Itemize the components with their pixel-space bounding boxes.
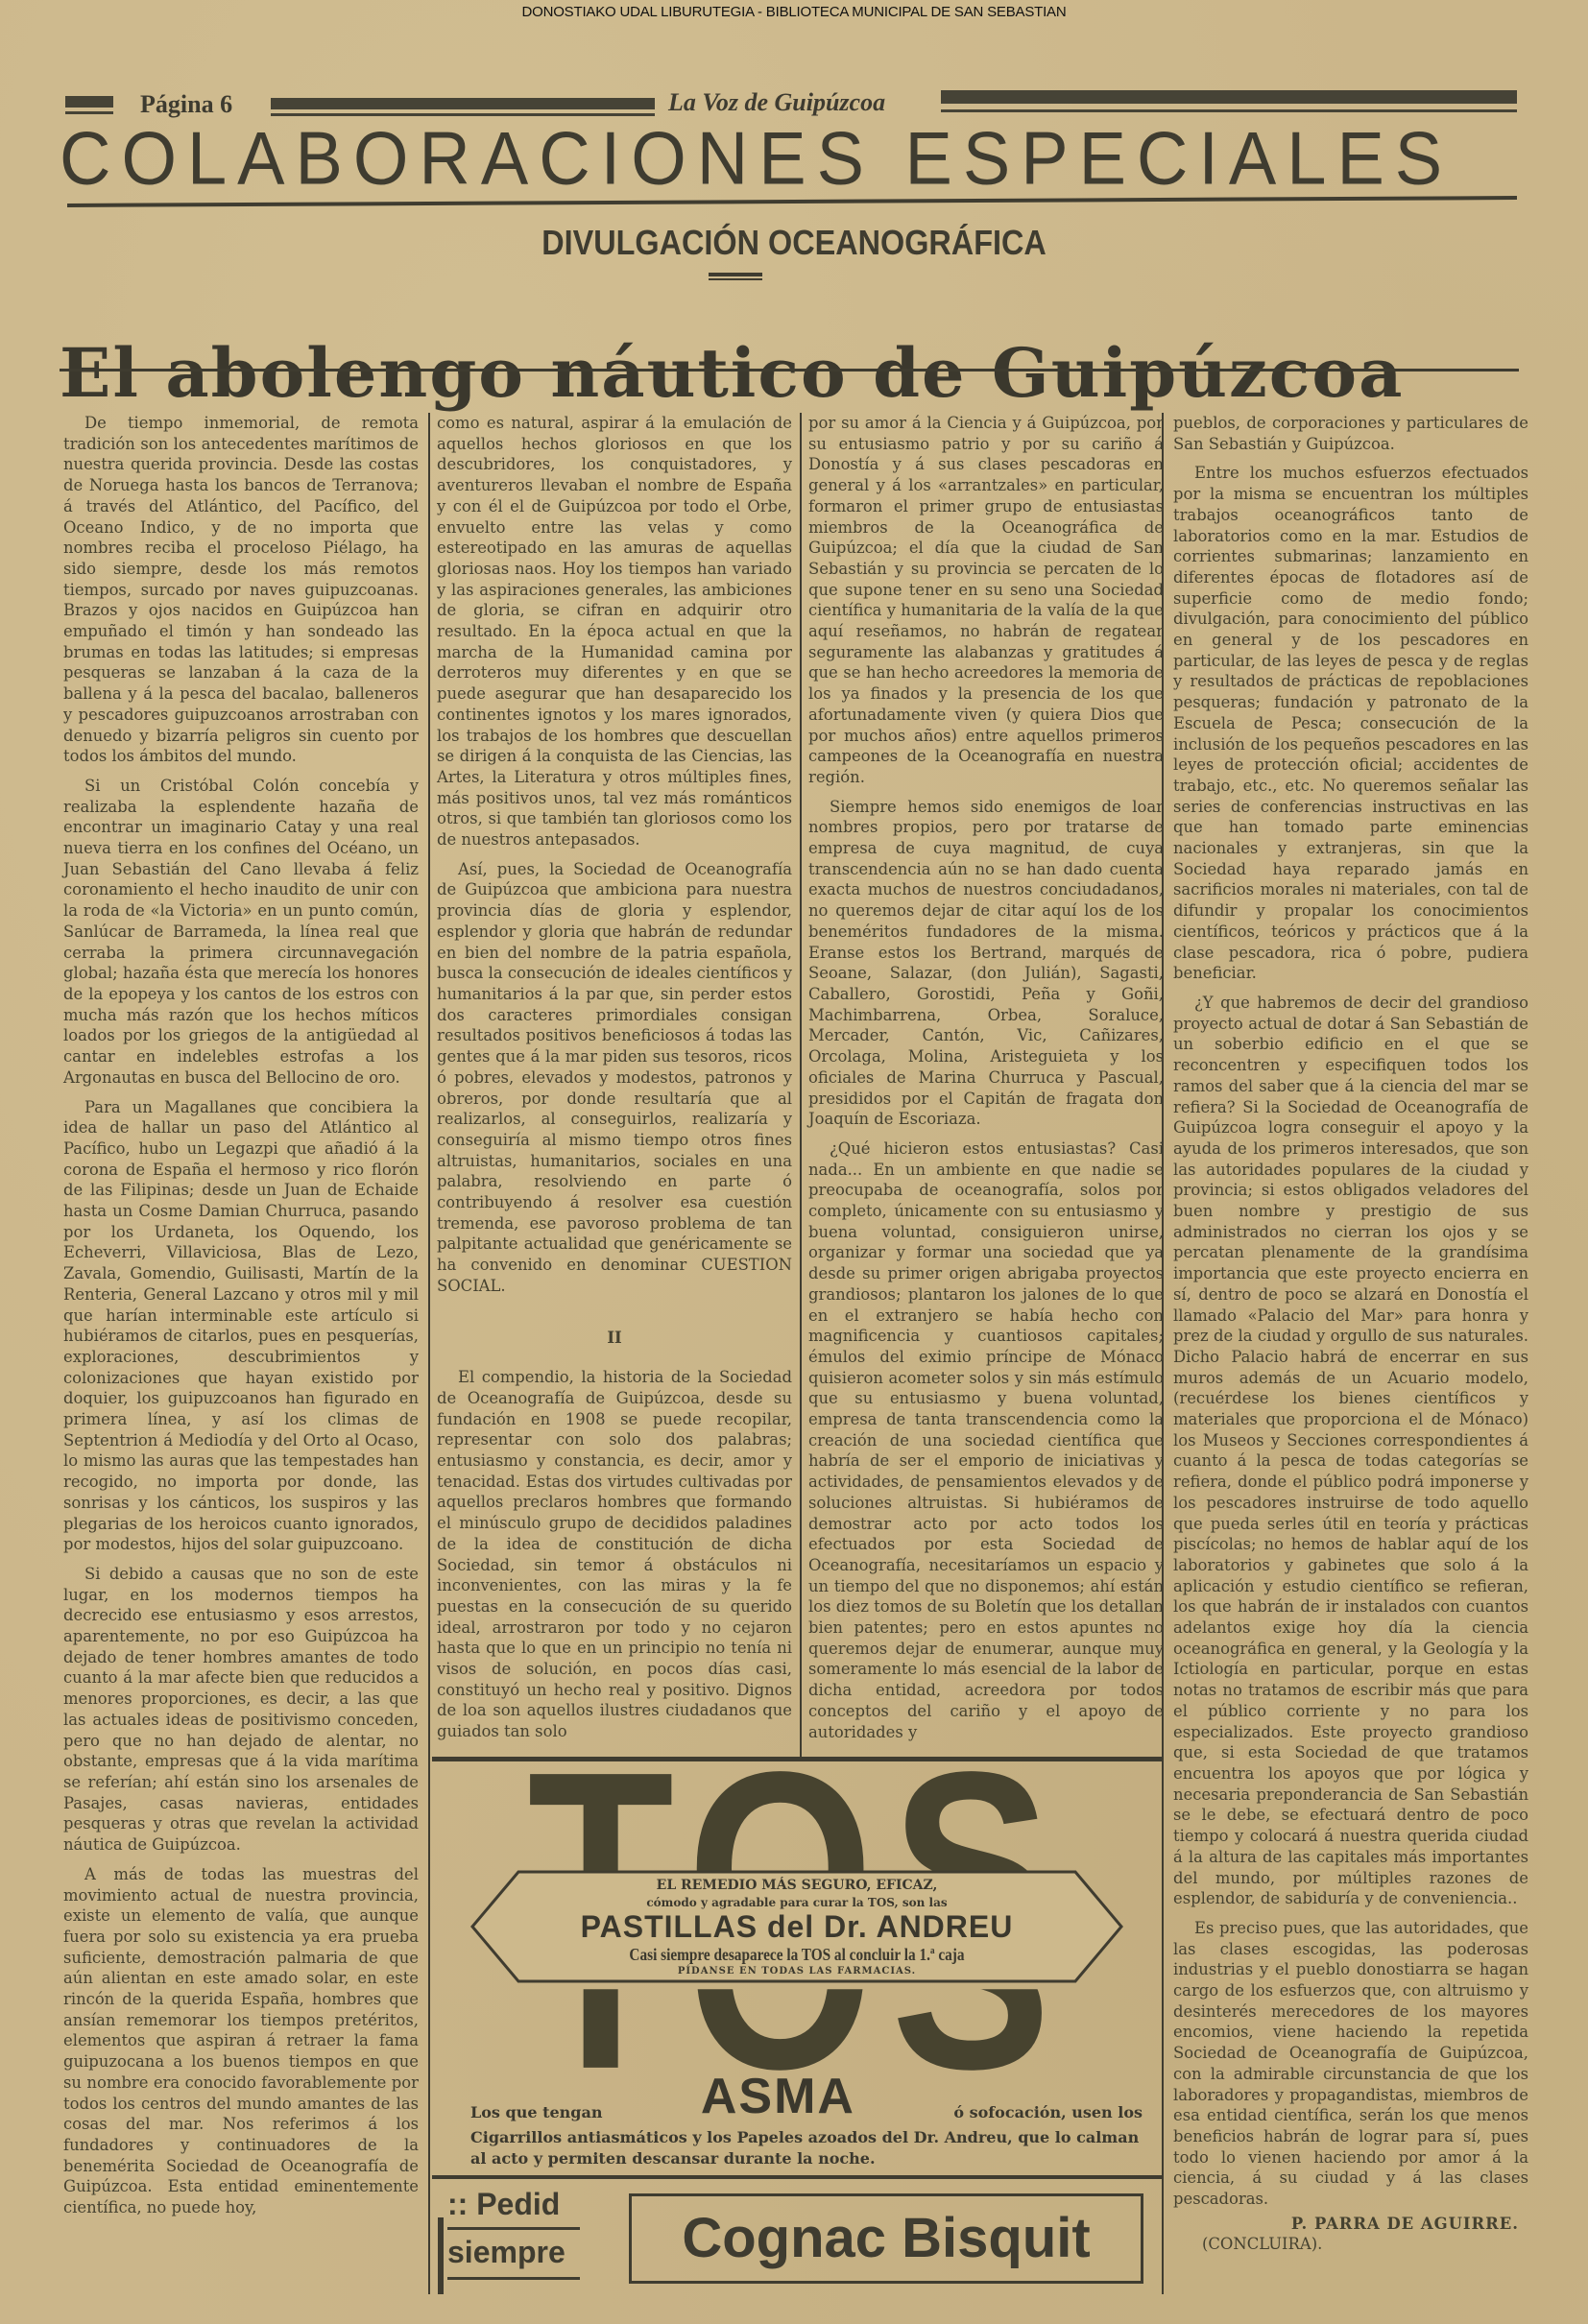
article-column-3: por su amor á la Ciencia y á Guipúzcoa, … bbox=[808, 413, 1164, 1742]
author-signature: P. PARRA DE AGUIRRE. bbox=[1173, 2214, 1528, 2235]
cognac-line-2: siempre bbox=[447, 2235, 565, 2270]
paragraph: pueblos, de corporaciones y particulares… bbox=[1173, 413, 1528, 454]
column-divider-1 bbox=[428, 413, 430, 2294]
header-bar-left bbox=[65, 96, 113, 108]
paragraph: ¿Y que habremos de decir del grandioso p… bbox=[1173, 993, 1528, 1909]
asma-word: ASMA bbox=[701, 2072, 855, 2121]
cognac-line-1: :: Pedid bbox=[447, 2187, 560, 2222]
paragraph: Así, pues, la Sociedad de Oceanografía d… bbox=[437, 859, 792, 1297]
paragraph: por su amor á la Ciencia y á Guipúzcoa, … bbox=[808, 413, 1164, 788]
continues-note: (CONCLUIRA). bbox=[1173, 2234, 1528, 2255]
ad-line-2: cómodo y agradable para curar la TOS, so… bbox=[470, 1896, 1123, 1909]
paragraph: De tiempo inmemorial, de remota tradició… bbox=[63, 413, 419, 767]
cognac-bracket bbox=[438, 2217, 444, 2294]
asma-pre: Los que tengan bbox=[470, 2103, 602, 2121]
article-column-4: pueblos, de corporaciones y particulares… bbox=[1173, 413, 1528, 2255]
kicker: DIVULGACIÓN OCEANOGRÁFICA bbox=[80, 223, 1509, 263]
paragraph: El compendio, la historia de la Sociedad… bbox=[437, 1367, 792, 1742]
header-bar-right bbox=[941, 90, 1517, 104]
kicker-rule bbox=[709, 273, 762, 276]
section-title: COLABORACIONES ESPECIALES bbox=[60, 115, 1519, 201]
cognac-brand-box: Cognac Bisquit bbox=[629, 2193, 1143, 2284]
library-watermark: DONOSTIAKO UDAL LIBURUTEGIA - BIBLIOTECA… bbox=[0, 4, 1588, 20]
article-column-1: De tiempo inmemorial, de remota tradició… bbox=[63, 413, 419, 2218]
ad-asma-line: Los que tengan ASMA ó sofocación, usen l… bbox=[470, 2072, 1143, 2121]
paragraph: Es preciso pues, que las autoridades, qu… bbox=[1173, 1918, 1528, 2210]
header-rule-right bbox=[941, 109, 1517, 112]
kicker-rule-2 bbox=[709, 278, 762, 280]
ad-banner: EL REMEDIO MÁS SEGURO, EFICAZ, cómodo y … bbox=[470, 1870, 1123, 1983]
paragraph: como es natural, aspirar á la emulación … bbox=[437, 413, 792, 851]
asma-post: ó sofocación, usen los bbox=[953, 2103, 1143, 2121]
ad-product-name: PASTILLAS del Dr. ANDREU bbox=[470, 1909, 1123, 1945]
newspaper-name: La Voz de Guipúzcoa bbox=[668, 88, 885, 117]
article-column-2: como es natural, aspirar á la emulación … bbox=[437, 413, 792, 1742]
paragraph: ¿Qué hicieron estos entusiastas? Casi na… bbox=[808, 1138, 1164, 1742]
section-numeral: II bbox=[437, 1328, 792, 1349]
headline: El abolengo náutico de Guipúzcoa bbox=[60, 333, 1519, 413]
cognac-underline bbox=[447, 2277, 580, 2280]
header-rule-left bbox=[65, 111, 113, 114]
column-divider-2 bbox=[800, 413, 802, 1757]
cognac-divider bbox=[447, 2227, 580, 2230]
headline-rule bbox=[60, 369, 1519, 371]
paragraph: Siempre hemos sido enemigos de loar nomb… bbox=[808, 797, 1164, 1130]
paragraph: Entre los muchos esfuerzos efectuados po… bbox=[1173, 463, 1528, 984]
paragraph: A más de todas las muestras del movimien… bbox=[63, 1864, 419, 2218]
paragraph: Si un Cristóbal Colón concebía y realiza… bbox=[63, 776, 419, 1089]
ad-asma-text: Cigarrillos antiasmáticos y los Papeles … bbox=[470, 2127, 1143, 2169]
ad-line-5: PÍDANSE EN TODAS LAS FARMACIAS. bbox=[470, 1966, 1123, 1977]
paragraph: Si debido a causas que no son de este lu… bbox=[63, 1564, 419, 1856]
ad-line-1: EL REMEDIO MÁS SEGURO, EFICAZ, bbox=[470, 1878, 1123, 1893]
ad-line-4: Casi siempre desaparece la TOS al conclu… bbox=[519, 1945, 1074, 1965]
cognac-top-rule bbox=[432, 2175, 1164, 2179]
header-bar-mid bbox=[271, 98, 655, 109]
paragraph: Para un Magallanes que concibiera la ide… bbox=[63, 1097, 419, 1555]
